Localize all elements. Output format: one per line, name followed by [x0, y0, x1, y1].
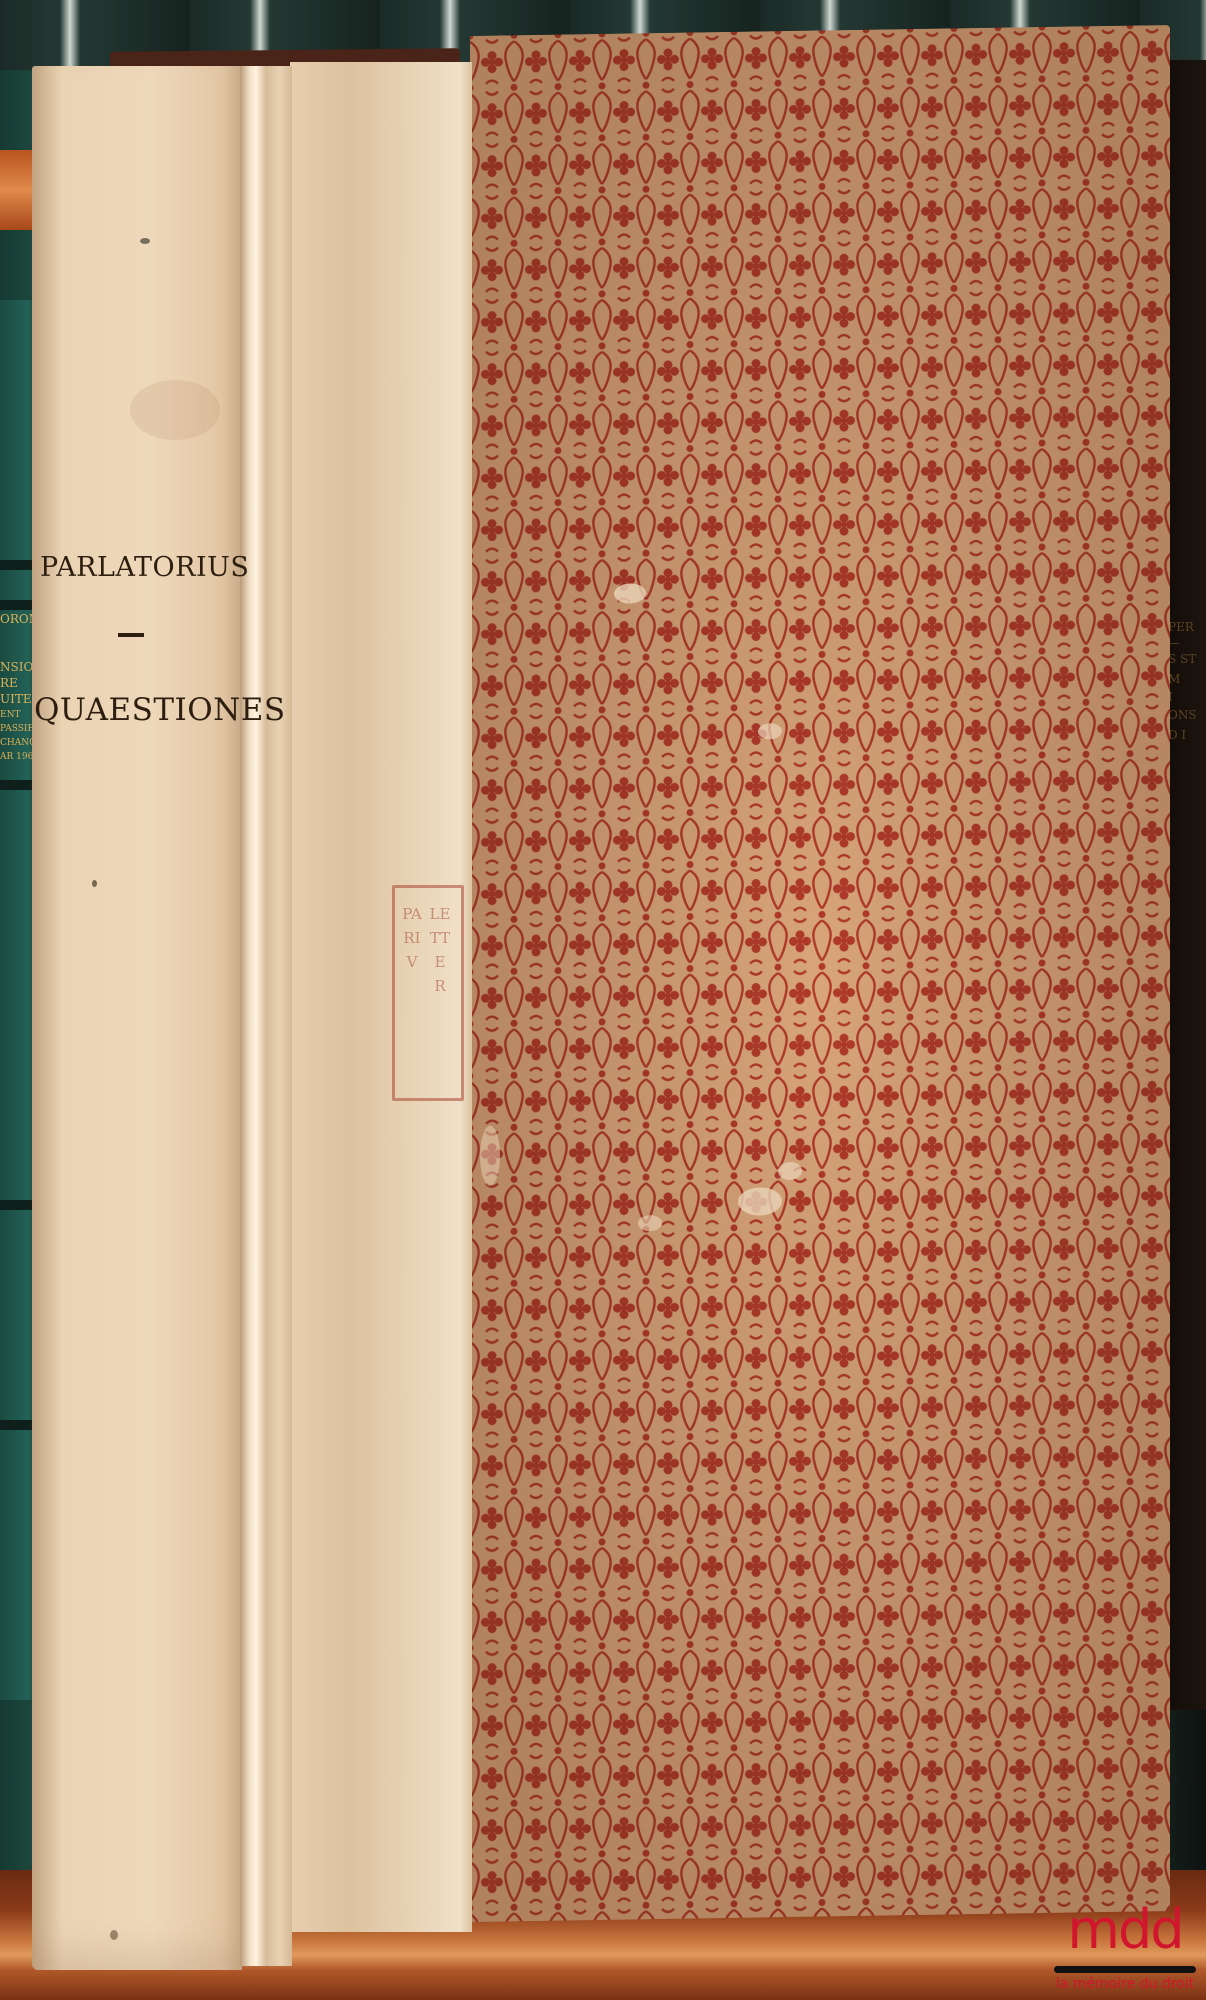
- right-book-text: ONS: [1168, 708, 1206, 722]
- right-book-text: PER: [1168, 620, 1206, 634]
- right-book-text: I: [1168, 690, 1206, 704]
- spine-separator: [118, 633, 144, 637]
- spine-mark: [92, 880, 97, 887]
- stamp-text: LETTER: [429, 902, 451, 998]
- mdd-logo: mdd la mémoire du droit: [1050, 1900, 1200, 1995]
- right-book-text: S ST: [1168, 652, 1206, 666]
- library-stamp: PARIV LETTER: [392, 885, 464, 1101]
- spine-mark: [140, 238, 150, 244]
- spine-mark: [110, 1930, 118, 1940]
- logo-tagline: la mémoire du droit: [1050, 1976, 1200, 1992]
- stamp-text: PARIV: [401, 902, 423, 974]
- spine-hinge: [240, 66, 292, 1966]
- patterned-paper-board: [470, 25, 1170, 1922]
- logo-mark: mdd: [1050, 1900, 1200, 1960]
- spine-title: QUAESTIONES: [34, 692, 244, 728]
- spine-author: PARLATORIUS: [40, 552, 240, 583]
- right-book-text: D I: [1168, 728, 1206, 742]
- right-book-text: —: [1168, 636, 1206, 650]
- vellum-spine: [32, 66, 242, 1970]
- logo-bar: [1054, 1966, 1196, 1973]
- spine-stain: [130, 380, 220, 440]
- right-book-text: M: [1168, 672, 1206, 686]
- right-dark-books: [1165, 60, 1206, 1710]
